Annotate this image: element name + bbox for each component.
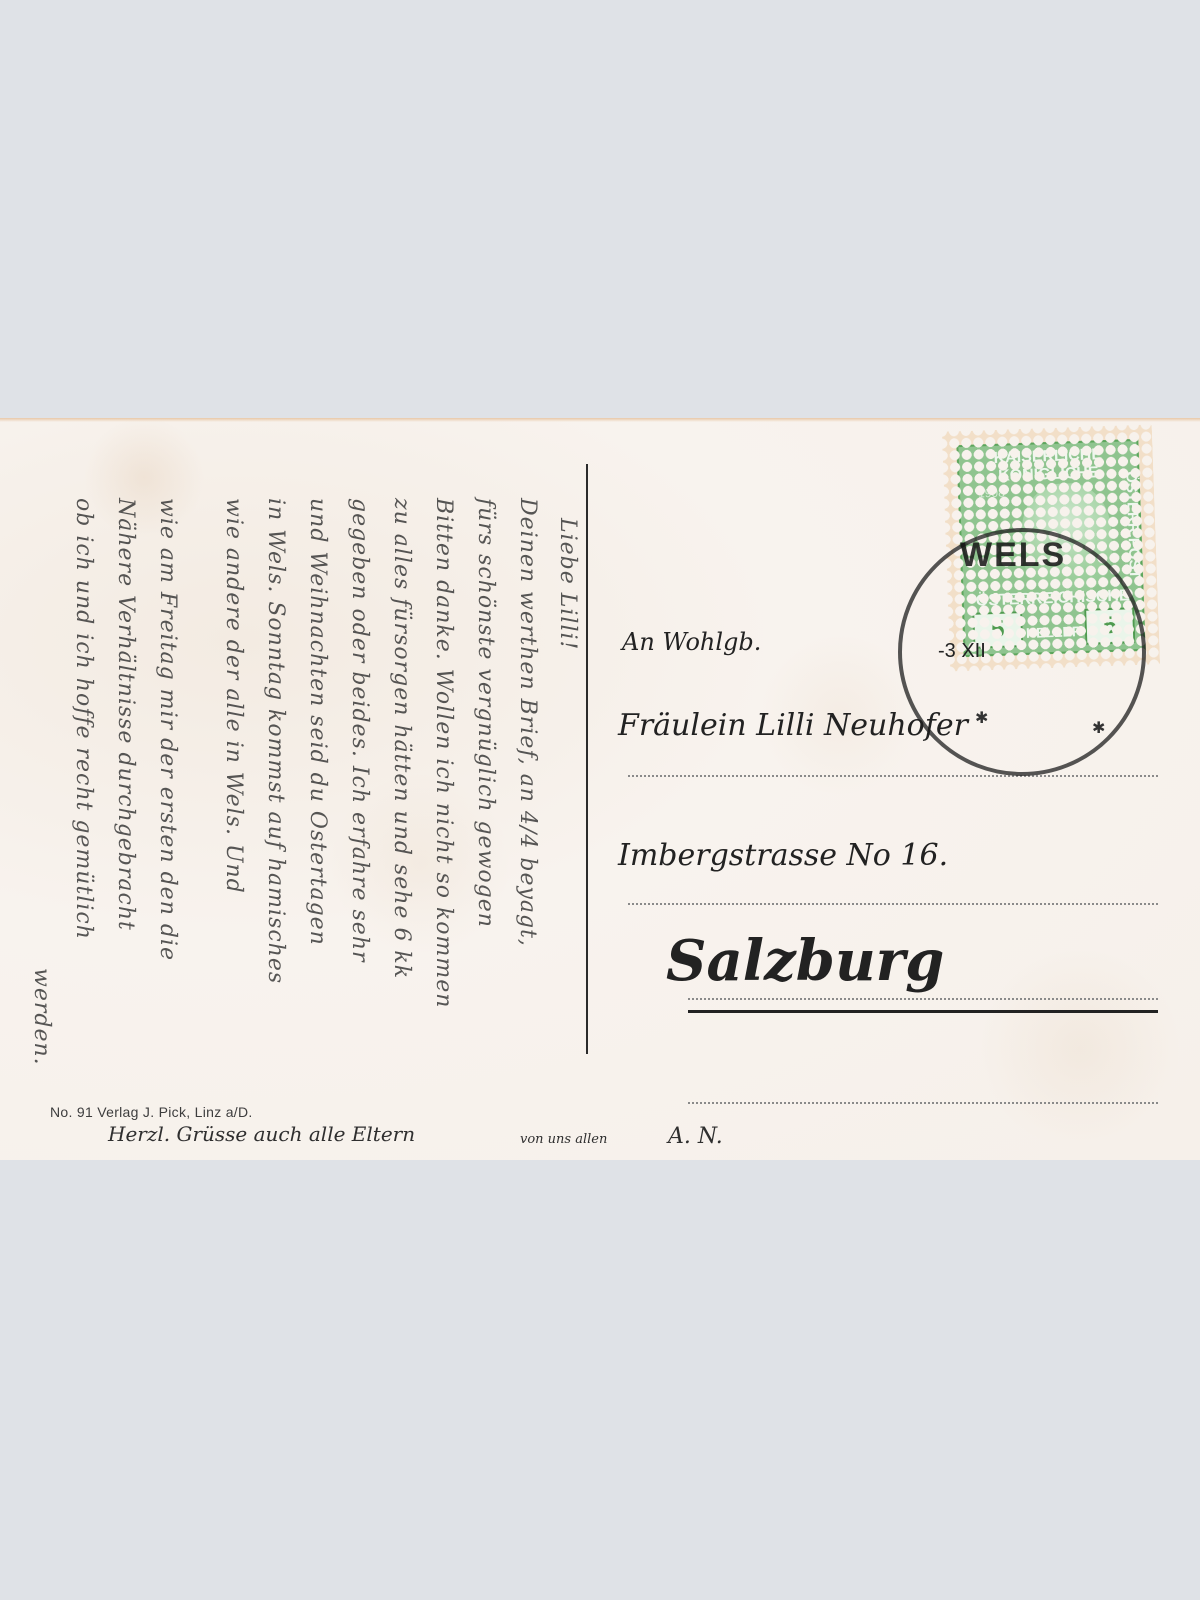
message-line: und Weihnachten seid du Ostertagen xyxy=(305,498,330,946)
postcard: Liebe Lilli! Deinen werthen Brief, an 4/… xyxy=(0,418,1200,1160)
address-line-1 xyxy=(628,775,1158,777)
message-line: in Wels. Sonntag kommst auf hamisches xyxy=(263,498,288,984)
postmark-town: WELS xyxy=(960,536,1066,575)
message-line: wie andere der alle in Wels. Und xyxy=(221,498,246,894)
address-line-3 xyxy=(688,998,1158,1000)
handwritten-message: Liebe Lilli! Deinen werthen Brief, an 4/… xyxy=(20,458,560,1088)
message-footer-small: von uns allen xyxy=(520,1132,607,1147)
stamp-top-text: KAISERLICHE KÖNIGLICHE xyxy=(959,445,1138,487)
message-footer: Herzl. Grüsse auch alle Eltern xyxy=(108,1122,415,1146)
signature: A. N. xyxy=(668,1124,723,1149)
message-line: gegeben oder beides. Ich erfahre sehr xyxy=(347,498,372,963)
message-line: fürs schönste vergnüglich gewogen xyxy=(473,498,498,928)
card-edge xyxy=(0,418,1200,422)
message-line: wie am Freitag mir der ersten den die xyxy=(155,498,180,961)
publisher-imprint: No. 91 Verlag J. Pick, Linz a/D. xyxy=(50,1104,253,1120)
message-line: Liebe Lilli! xyxy=(555,518,580,650)
message-line: Deinen werthen Brief, an 4/4 beyagt, xyxy=(515,498,540,947)
stamp-year: 1908 xyxy=(978,486,1005,501)
postmark-date: -3 XII xyxy=(938,640,986,663)
stamp-side-text: ÖSTERR.POST xyxy=(1122,471,1143,579)
divider-line xyxy=(586,464,588,1054)
postmark-star-icon: ✱ xyxy=(1092,718,1105,738)
address-line-4 xyxy=(688,1102,1158,1104)
postmark-star-icon: ✱ xyxy=(975,708,988,728)
city-underline xyxy=(688,1010,1158,1013)
message-line: ob ich und ich hoffe recht gemütlich xyxy=(71,498,96,940)
address-street: Imbergstrasse No 16. xyxy=(618,838,948,873)
message-line: Nähere Verhältnisse durchgebracht xyxy=(113,498,138,931)
message-line: zu alles fürsorgen hätten und sehe 6 kk xyxy=(389,498,414,979)
message-line: werden. xyxy=(29,968,54,1066)
address-line-2 xyxy=(628,903,1158,905)
message-line: Bitten danke. Wollen ich nicht so kommen xyxy=(431,498,456,1008)
address-city: Salzburg xyxy=(666,928,944,994)
address-salutation: An Wohlgb. xyxy=(622,628,761,656)
